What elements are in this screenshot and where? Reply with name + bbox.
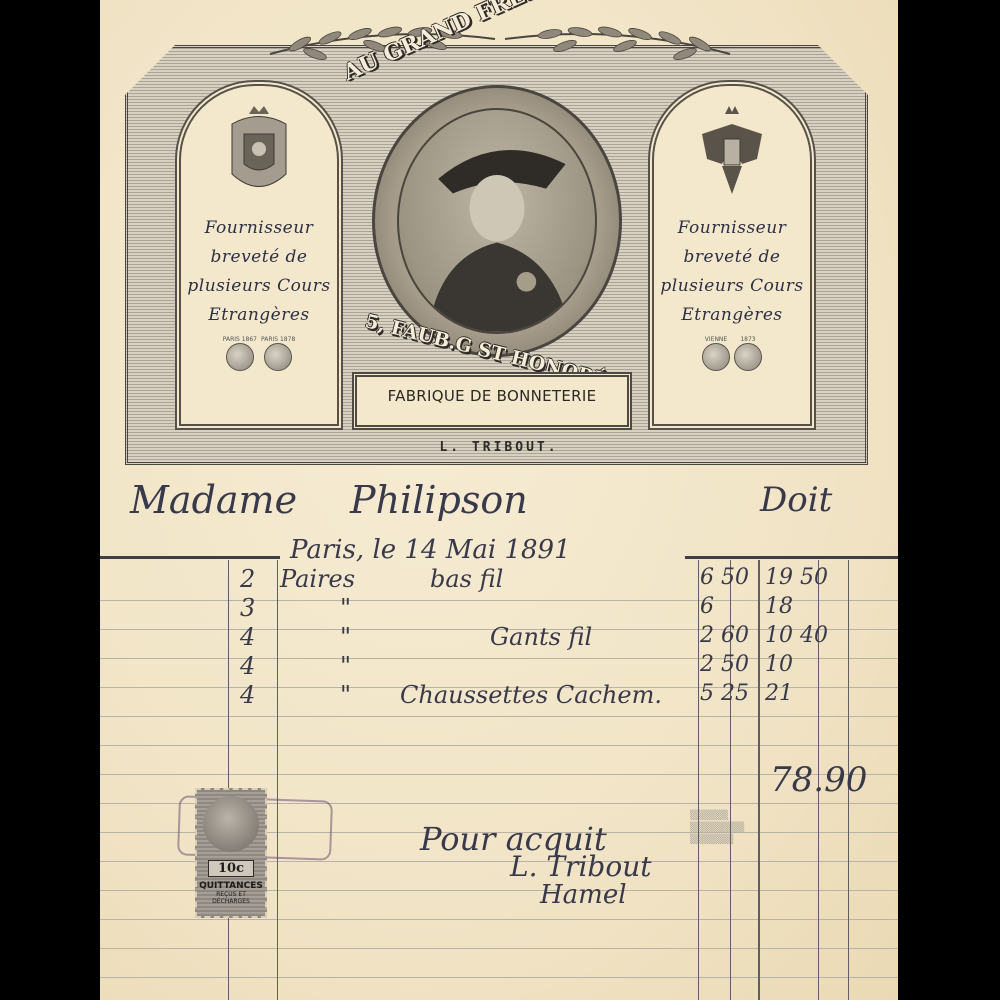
portrait-icon <box>399 110 595 332</box>
item-total: 19 50 <box>765 565 828 590</box>
table-top-rule-left <box>100 556 280 559</box>
addressee-name: Philipson <box>350 478 528 522</box>
col-line <box>698 560 699 1000</box>
medal-caption: PARIS 1867 <box>223 336 257 343</box>
col-line <box>277 560 278 1000</box>
script-line: plusieurs Cours <box>654 272 810 301</box>
medal-icon <box>734 343 762 371</box>
business-title: FABRIQUE DE BONNETERIE <box>357 387 627 405</box>
place-date: Paris, le 14 Mai 1891 <box>290 535 571 565</box>
debit-label: Doit <box>760 480 832 520</box>
coat-of-arms-icon <box>224 104 294 204</box>
medal-caption: PARIS 1878 <box>261 336 295 343</box>
medal-icon <box>702 343 730 371</box>
col-line <box>228 560 229 1000</box>
left-credential-panel: Fournisseur breveté de plusieurs Cours E… <box>175 80 343 430</box>
second-signature: Hamel <box>540 880 627 910</box>
item-description: Chaussettes Cachem. <box>400 681 662 709</box>
right-credential-panel: Fournisseur breveté de plusieurs Cours E… <box>648 80 816 430</box>
medals-right: VIENNE 1873 <box>654 336 810 371</box>
item-unit-price: 6 <box>700 594 714 619</box>
business-box: FABRIQUE DE BONNETERIE <box>352 372 632 430</box>
medal-icon <box>226 343 254 371</box>
medal-icon <box>264 343 292 371</box>
ruled-line <box>100 948 898 949</box>
item-quantity: 3 <box>240 594 255 622</box>
medal-caption: 1873 <box>740 336 755 343</box>
faint-cancellation-mark: ▒▒▒▒▒▒▒▒▒▒▒▒▒▒▒▒▒▒▒▒▒▒▒▒▒ <box>690 810 800 860</box>
item-unit-price: 2 50 <box>700 652 749 677</box>
stamp-sublabel: REÇUS ET DÉCHARGES <box>197 891 265 905</box>
item-unit-price: 2 60 <box>700 623 749 648</box>
stamp-value: 10c <box>208 860 254 877</box>
item-unit: Paires <box>280 565 355 593</box>
script-line: plusieurs Cours <box>181 272 337 301</box>
revenue-stamp: 10c QUITTANCES REÇUS ET DÉCHARGES <box>195 788 267 918</box>
credential-script-right: Fournisseur breveté de plusieurs Cours E… <box>654 214 810 330</box>
script-line: Etrangères <box>654 301 810 330</box>
ruled-line <box>100 745 898 746</box>
portrait-medallion <box>372 85 622 357</box>
signature: L. Tribout <box>510 850 651 883</box>
stamp-label: QUITTANCES <box>197 881 265 891</box>
ruled-line <box>100 716 898 717</box>
item-quantity: 2 <box>240 565 255 593</box>
addressee-prefix: Madame <box>130 478 297 522</box>
item-description: Gants fil <box>490 623 592 651</box>
script-line: Fournisseur <box>654 214 810 243</box>
medals-left: PARIS 1867 PARIS 1878 <box>181 336 337 371</box>
col-line <box>758 560 760 1000</box>
credential-script-left: Fournisseur breveté de plusieurs Cours E… <box>181 214 337 330</box>
ruled-line <box>100 919 898 920</box>
item-quantity: 4 <box>240 681 255 709</box>
item-total: 10 <box>765 652 793 677</box>
item-total: 10 40 <box>765 623 828 648</box>
item-unit-price: 5 25 <box>700 681 749 706</box>
item-total: 21 <box>765 681 793 706</box>
script-line: Etrangères <box>181 301 337 330</box>
item-unit: " <box>340 594 351 622</box>
item-unit: " <box>340 681 351 709</box>
medal-caption: VIENNE <box>705 336 727 343</box>
item-unit: " <box>340 623 351 651</box>
item-total: 18 <box>765 594 793 619</box>
invoice-paper: Fournisseur breveté de plusieurs Cours E… <box>100 0 898 1000</box>
item-quantity: 4 <box>240 623 255 651</box>
table-top-rule-right <box>685 556 898 559</box>
grand-total: 78.90 <box>770 760 867 800</box>
portrait-frederick <box>397 108 597 334</box>
item-unit-price: 6 50 <box>700 565 749 590</box>
script-line: Fournisseur <box>181 214 337 243</box>
script-line: breveté de <box>181 243 337 272</box>
item-description: bas fil <box>430 565 503 593</box>
laurel-right-icon <box>500 4 740 64</box>
marianne-icon <box>203 796 259 852</box>
double-eagle-icon <box>697 104 767 204</box>
script-line: breveté de <box>654 243 810 272</box>
item-unit: " <box>340 652 351 680</box>
owner-name: L. TRIBOUT. <box>100 440 898 455</box>
ruled-line <box>100 977 898 978</box>
item-quantity: 4 <box>240 652 255 680</box>
